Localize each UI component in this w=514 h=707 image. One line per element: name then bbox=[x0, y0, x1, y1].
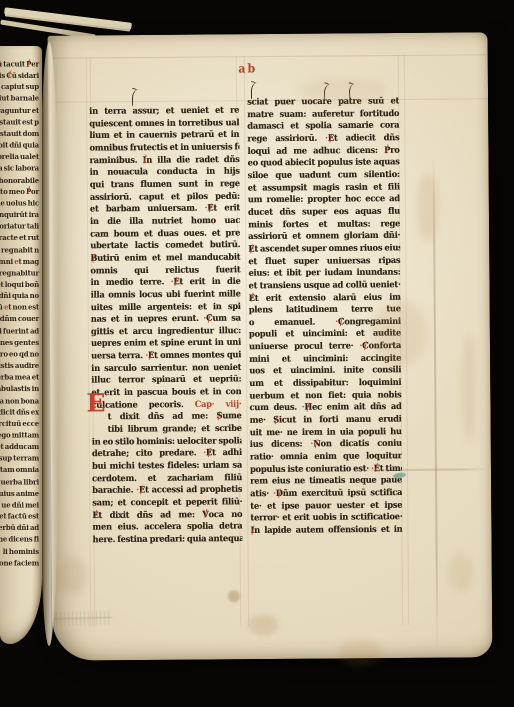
facing-text-line: uerba libri bbox=[0, 476, 39, 488]
text-line: uit me· ne irem in uia populi hu bbox=[250, 425, 402, 438]
text-line: in eo stilo hominis: uelociter spolia bbox=[92, 435, 242, 448]
facing-text-line: omni et mag bbox=[0, 255, 39, 267]
text-line: nas et in uepres erunt. ·Cum sa bbox=[91, 312, 241, 325]
gutter-highlight bbox=[40, 42, 58, 646]
text-column-left: in terra assur; et ueniet et requiescent… bbox=[89, 104, 242, 546]
text-line: assiriorū et omnem gloriam dñi· bbox=[248, 230, 400, 243]
facing-text-line: sup terram bbox=[0, 452, 39, 464]
facing-text-line: que uolus hic bbox=[0, 197, 39, 209]
stain bbox=[462, 332, 477, 442]
text-line: uites mille argenteis: et in spi bbox=[91, 300, 241, 313]
facing-text-line: is dñi quia no bbox=[0, 290, 39, 302]
facing-text-line: uerbū dñi ad bbox=[0, 522, 39, 534]
facing-text-line: ue dñi mei bbox=[0, 499, 39, 511]
text-line: here. festina predari: quia antequa bbox=[92, 533, 242, 546]
text-line: assiriorū. caput et pilos pedū: bbox=[90, 190, 240, 203]
facing-page-text: ū tacuit Peris Cū sidarised capiut supca… bbox=[0, 58, 39, 569]
facing-text-line: et factū est bbox=[0, 510, 39, 522]
text-line: in terra assur; et ueniet et re bbox=[89, 104, 239, 117]
facing-text-line: et adducam bbox=[0, 441, 39, 453]
facing-text-line: uabit dñi quia bbox=[0, 139, 39, 151]
margin-mark bbox=[393, 472, 407, 479]
text-line: matre suam: auferetur fortitudo bbox=[247, 107, 399, 120]
text-line: siloe que uadunt cum silentio: bbox=[248, 168, 400, 181]
text-line: cerdotem. et zachariam filiū bbox=[92, 471, 242, 484]
facing-text-line: ur estauit dom bbox=[0, 128, 39, 140]
facing-text-line: ū tacuit Per bbox=[0, 58, 39, 70]
text-line: bui michi testes fideles: uriam sa bbox=[92, 459, 242, 472]
text-line: qui trans flumen sunt in rege bbox=[90, 178, 240, 191]
text-line: terror· et erit uobis in sctificatioe· bbox=[250, 511, 402, 524]
text-line: culcatione pecoris. Cap· viij· bbox=[91, 398, 241, 411]
text-line: omnibus frutectis et in uniuersis fo bbox=[89, 141, 239, 154]
facing-text-line: moriatur tali bbox=[0, 220, 39, 232]
text-line: sam; et concepit et peperit filiū· bbox=[92, 496, 242, 509]
crease-line bbox=[351, 468, 489, 471]
running-title: ab bbox=[218, 61, 278, 76]
facing-text-line: tur honorabile bbox=[0, 174, 39, 186]
text-line: tibi librum grande; et scribe bbox=[92, 422, 242, 435]
facing-text-line: er estauit est p bbox=[0, 116, 39, 128]
facing-text-line: ercituū ecce bbox=[0, 418, 39, 430]
text-line: eo quod abiecit populus iste aquas bbox=[248, 156, 400, 169]
stain bbox=[248, 614, 278, 636]
facing-text-line: huius anime bbox=[0, 487, 39, 499]
text-line: in die illa nutriet homo uac bbox=[90, 214, 240, 227]
text-line: barachie. ·Et accessi ad prophetis bbox=[92, 484, 242, 497]
facing-text-line: ad dñm couer bbox=[0, 313, 39, 325]
facing-text-line: sed capiut sup bbox=[0, 81, 39, 93]
facing-page-sliver: ū tacuit Peris Cū sidarised capiut supca… bbox=[0, 46, 42, 644]
facing-text-line: ambulastis in bbox=[0, 383, 39, 395]
facing-text-line: et loqui boñ bbox=[0, 278, 39, 290]
stain bbox=[338, 639, 382, 665]
facing-text-line: omnes gentes bbox=[0, 336, 39, 348]
facing-text-line: si fuerint ad bbox=[0, 325, 39, 337]
facing-text-line: ego mittam bbox=[0, 429, 39, 441]
facing-text-line: rū et non est bbox=[0, 302, 39, 314]
text-line: damasci et spolia samarie cora bbox=[247, 119, 399, 132]
text-line: et transiens usque ad collū ueniet· bbox=[248, 279, 400, 292]
facing-text-line: ut regnabitur bbox=[0, 267, 39, 279]
text-line: gittis et arcu ingredientur illuc: bbox=[91, 325, 241, 338]
facing-text-line: ur regnabit n bbox=[0, 244, 39, 256]
text-line: cam boum et duas oues. et pre bbox=[90, 227, 240, 240]
text-line: quiescent omnes in torretibus ual bbox=[89, 116, 239, 129]
facing-text-line: istam omnia bbox=[0, 464, 39, 476]
text-line: detrahe; cito predare. ·Et adhi bbox=[92, 447, 242, 460]
text-line: uersa terra. ·Et omnes montes qui bbox=[91, 349, 241, 362]
text-line: in medio terre. ·Et erit in die bbox=[90, 276, 240, 289]
facing-text-line: luistis audire bbox=[0, 360, 39, 372]
facing-text-line: me dicens fi bbox=[0, 534, 39, 546]
text-line: Et ascendet super omnes riuos eius: bbox=[248, 242, 400, 255]
facing-text-line: ito meo Por bbox=[0, 186, 39, 198]
text-line: et erit in pascua bouis et in con bbox=[91, 386, 241, 399]
text-line: lium et in cauernis petrarū et in bbox=[89, 129, 239, 142]
facing-text-line: pone faciem bbox=[0, 557, 39, 569]
text-line: et barbam uniuersam. ·Et erit bbox=[90, 202, 240, 215]
text-line: illa omnis locus ubi fuerint mille bbox=[91, 288, 241, 301]
ascender-flourish bbox=[132, 89, 140, 106]
text-line: atis· ·Dñm exercituū ipsū sctifica bbox=[250, 487, 402, 500]
text-line: uepres enim et spine erunt in uni bbox=[91, 337, 241, 350]
text-line: um et dissipabitur: loquimini bbox=[249, 376, 401, 389]
text-line: t dixit dñs ad me: Sume bbox=[92, 410, 242, 423]
facing-text-line: Pro eo qd no bbox=[0, 348, 39, 360]
text-line: Et erit extensio alarū eius im bbox=[249, 291, 401, 304]
facing-text-line: is Cū sidari bbox=[0, 70, 39, 82]
text-line: omnis qui relictus fuerit bbox=[90, 263, 240, 276]
facing-text-line: Bracte et rut bbox=[0, 232, 39, 244]
ruling-line bbox=[48, 54, 488, 58]
text-line: in sarculo sarrientur. non ueniet bbox=[91, 361, 241, 374]
text-line: illuc terror spinarū et uepriū: bbox=[91, 373, 241, 386]
erased-inscription bbox=[48, 611, 112, 627]
text-line: In lapide autem offensionis et in bbox=[250, 523, 402, 536]
text-line: rem eius ne timeatis neque paue bbox=[250, 474, 402, 487]
facing-text-line: dicit dñs ex bbox=[0, 406, 39, 418]
text-line: me· Sicut in forti manu erudi bbox=[250, 413, 402, 426]
text-line: men eius. accelera spolia detra bbox=[92, 520, 242, 533]
text-line: ubertate lactis comedet butirū. bbox=[90, 239, 240, 252]
stain bbox=[417, 173, 440, 243]
text-line: et fluet super uniuersas ripas bbox=[248, 254, 400, 267]
chapter-initial: E bbox=[86, 391, 105, 414]
text-line: Butirū enim et mel manducabit bbox=[90, 251, 240, 264]
facing-text-line: li hominis bbox=[0, 545, 39, 557]
text-line: eius: et ibit per iudam inundans: bbox=[248, 266, 400, 279]
text-line: in nouacula conducta in hijs bbox=[90, 165, 240, 178]
manuscript-photo: { "photo": { "background_color": "#07060… bbox=[0, 0, 514, 707]
stain bbox=[372, 301, 429, 367]
text-line: uerbum et non fiet: quia nobis bbox=[249, 389, 401, 402]
text-line: um romelie: propter hoc ecce ad bbox=[248, 193, 400, 206]
facing-text-line: illa sic labora bbox=[0, 162, 39, 174]
facing-text-line: ad prelia ualet bbox=[0, 151, 39, 163]
facing-text-line: uia non bona bbox=[0, 394, 39, 406]
stain bbox=[448, 552, 474, 592]
facing-text-line: conquirūt ira bbox=[0, 209, 39, 221]
text-line: raminibus. In illa die radet dñs bbox=[89, 153, 239, 166]
text-line: Et dixit dñs ad me: Voca no bbox=[92, 508, 242, 521]
facing-text-line: uerba mea et bbox=[0, 371, 39, 383]
facing-text-line: capiut barnale bbox=[0, 93, 39, 105]
facing-text-line: ur fraguntur et bbox=[0, 104, 39, 116]
stain bbox=[58, 555, 88, 595]
text-line: ducet dñs super eos aquas flu bbox=[248, 205, 400, 218]
manuscript-page: ab in terra assur; et ueniet et requiesc… bbox=[48, 32, 493, 660]
stain bbox=[228, 590, 240, 602]
text-line: rege assiriorū. ·Et adiecit dñs bbox=[247, 132, 399, 145]
